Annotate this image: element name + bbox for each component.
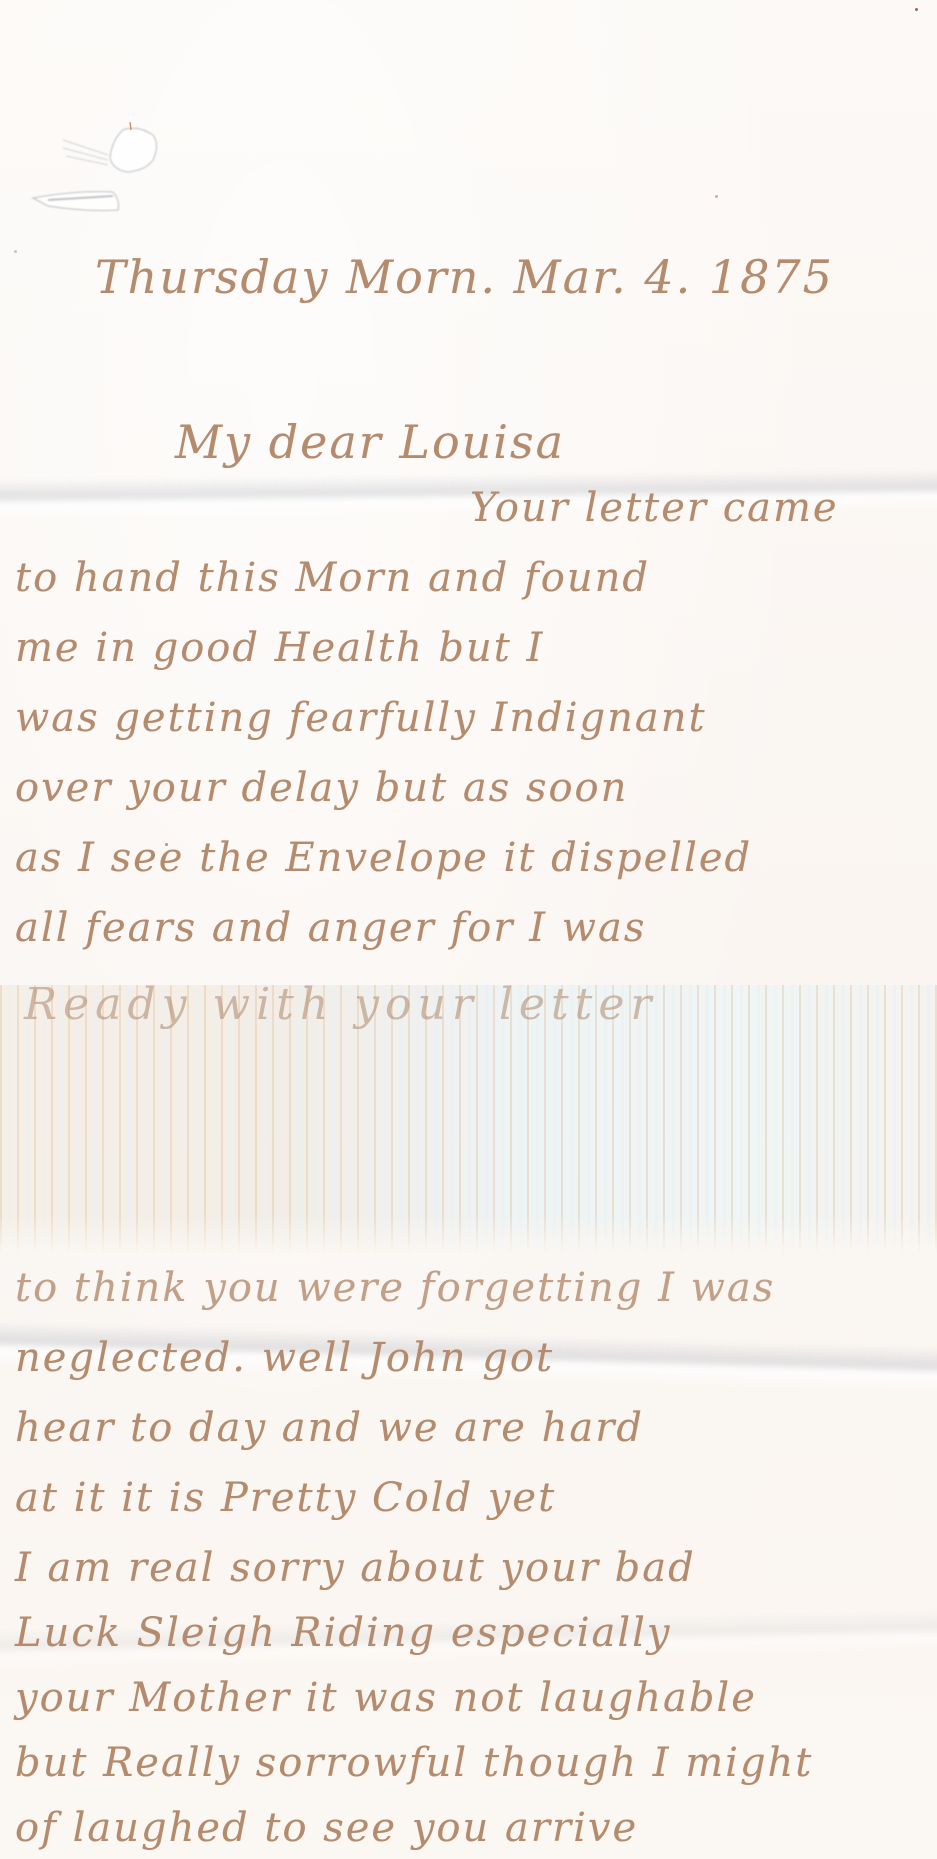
ink-speck bbox=[715, 195, 718, 198]
letter-line: but Really sorrowful though I might bbox=[15, 1740, 813, 1786]
letter-page: Thursday Morn. Mar. 4. 1875 My dear Loui… bbox=[0, 0, 937, 1859]
bird-seal-icon bbox=[28, 100, 178, 220]
letter-line: at it it is Pretty Cold yet bbox=[15, 1475, 556, 1521]
letter-line: to hand this Morn and found bbox=[15, 555, 650, 601]
letter-line: over your delay but as soon bbox=[15, 765, 628, 811]
letter-line: neglected. well John got bbox=[15, 1335, 554, 1381]
letter-line: hear to day and we are hard bbox=[15, 1405, 644, 1451]
scan-smear-artifact: Ready with your letter bbox=[0, 985, 937, 1255]
letter-line: your Mother it was not laughable bbox=[15, 1675, 757, 1721]
letter-line: me in good Health but I bbox=[15, 625, 544, 671]
dateline: Thursday Morn. Mar. 4. 1875 bbox=[95, 250, 834, 304]
ink-speck bbox=[14, 250, 17, 253]
letter-line: Luck Sleigh Riding especially bbox=[15, 1610, 672, 1656]
letter-line: was getting fearfully Indignant bbox=[15, 695, 707, 741]
letter-line: all fears and anger for I was bbox=[15, 905, 646, 951]
letter-line: Ready with your letter bbox=[0, 979, 937, 1030]
letter-line: as I see the Envelope it dispelled bbox=[15, 835, 752, 881]
ink-speck bbox=[915, 8, 918, 11]
letter-line: to think you were forgetting I was bbox=[15, 1265, 775, 1311]
ink-speck bbox=[165, 843, 168, 846]
letter-line: Your letter came bbox=[470, 485, 839, 531]
letter-line: of laughed to see you arrive bbox=[15, 1805, 638, 1851]
salutation: My dear Louisa bbox=[175, 415, 565, 469]
letter-line: I am real sorry about your bad bbox=[15, 1545, 696, 1591]
